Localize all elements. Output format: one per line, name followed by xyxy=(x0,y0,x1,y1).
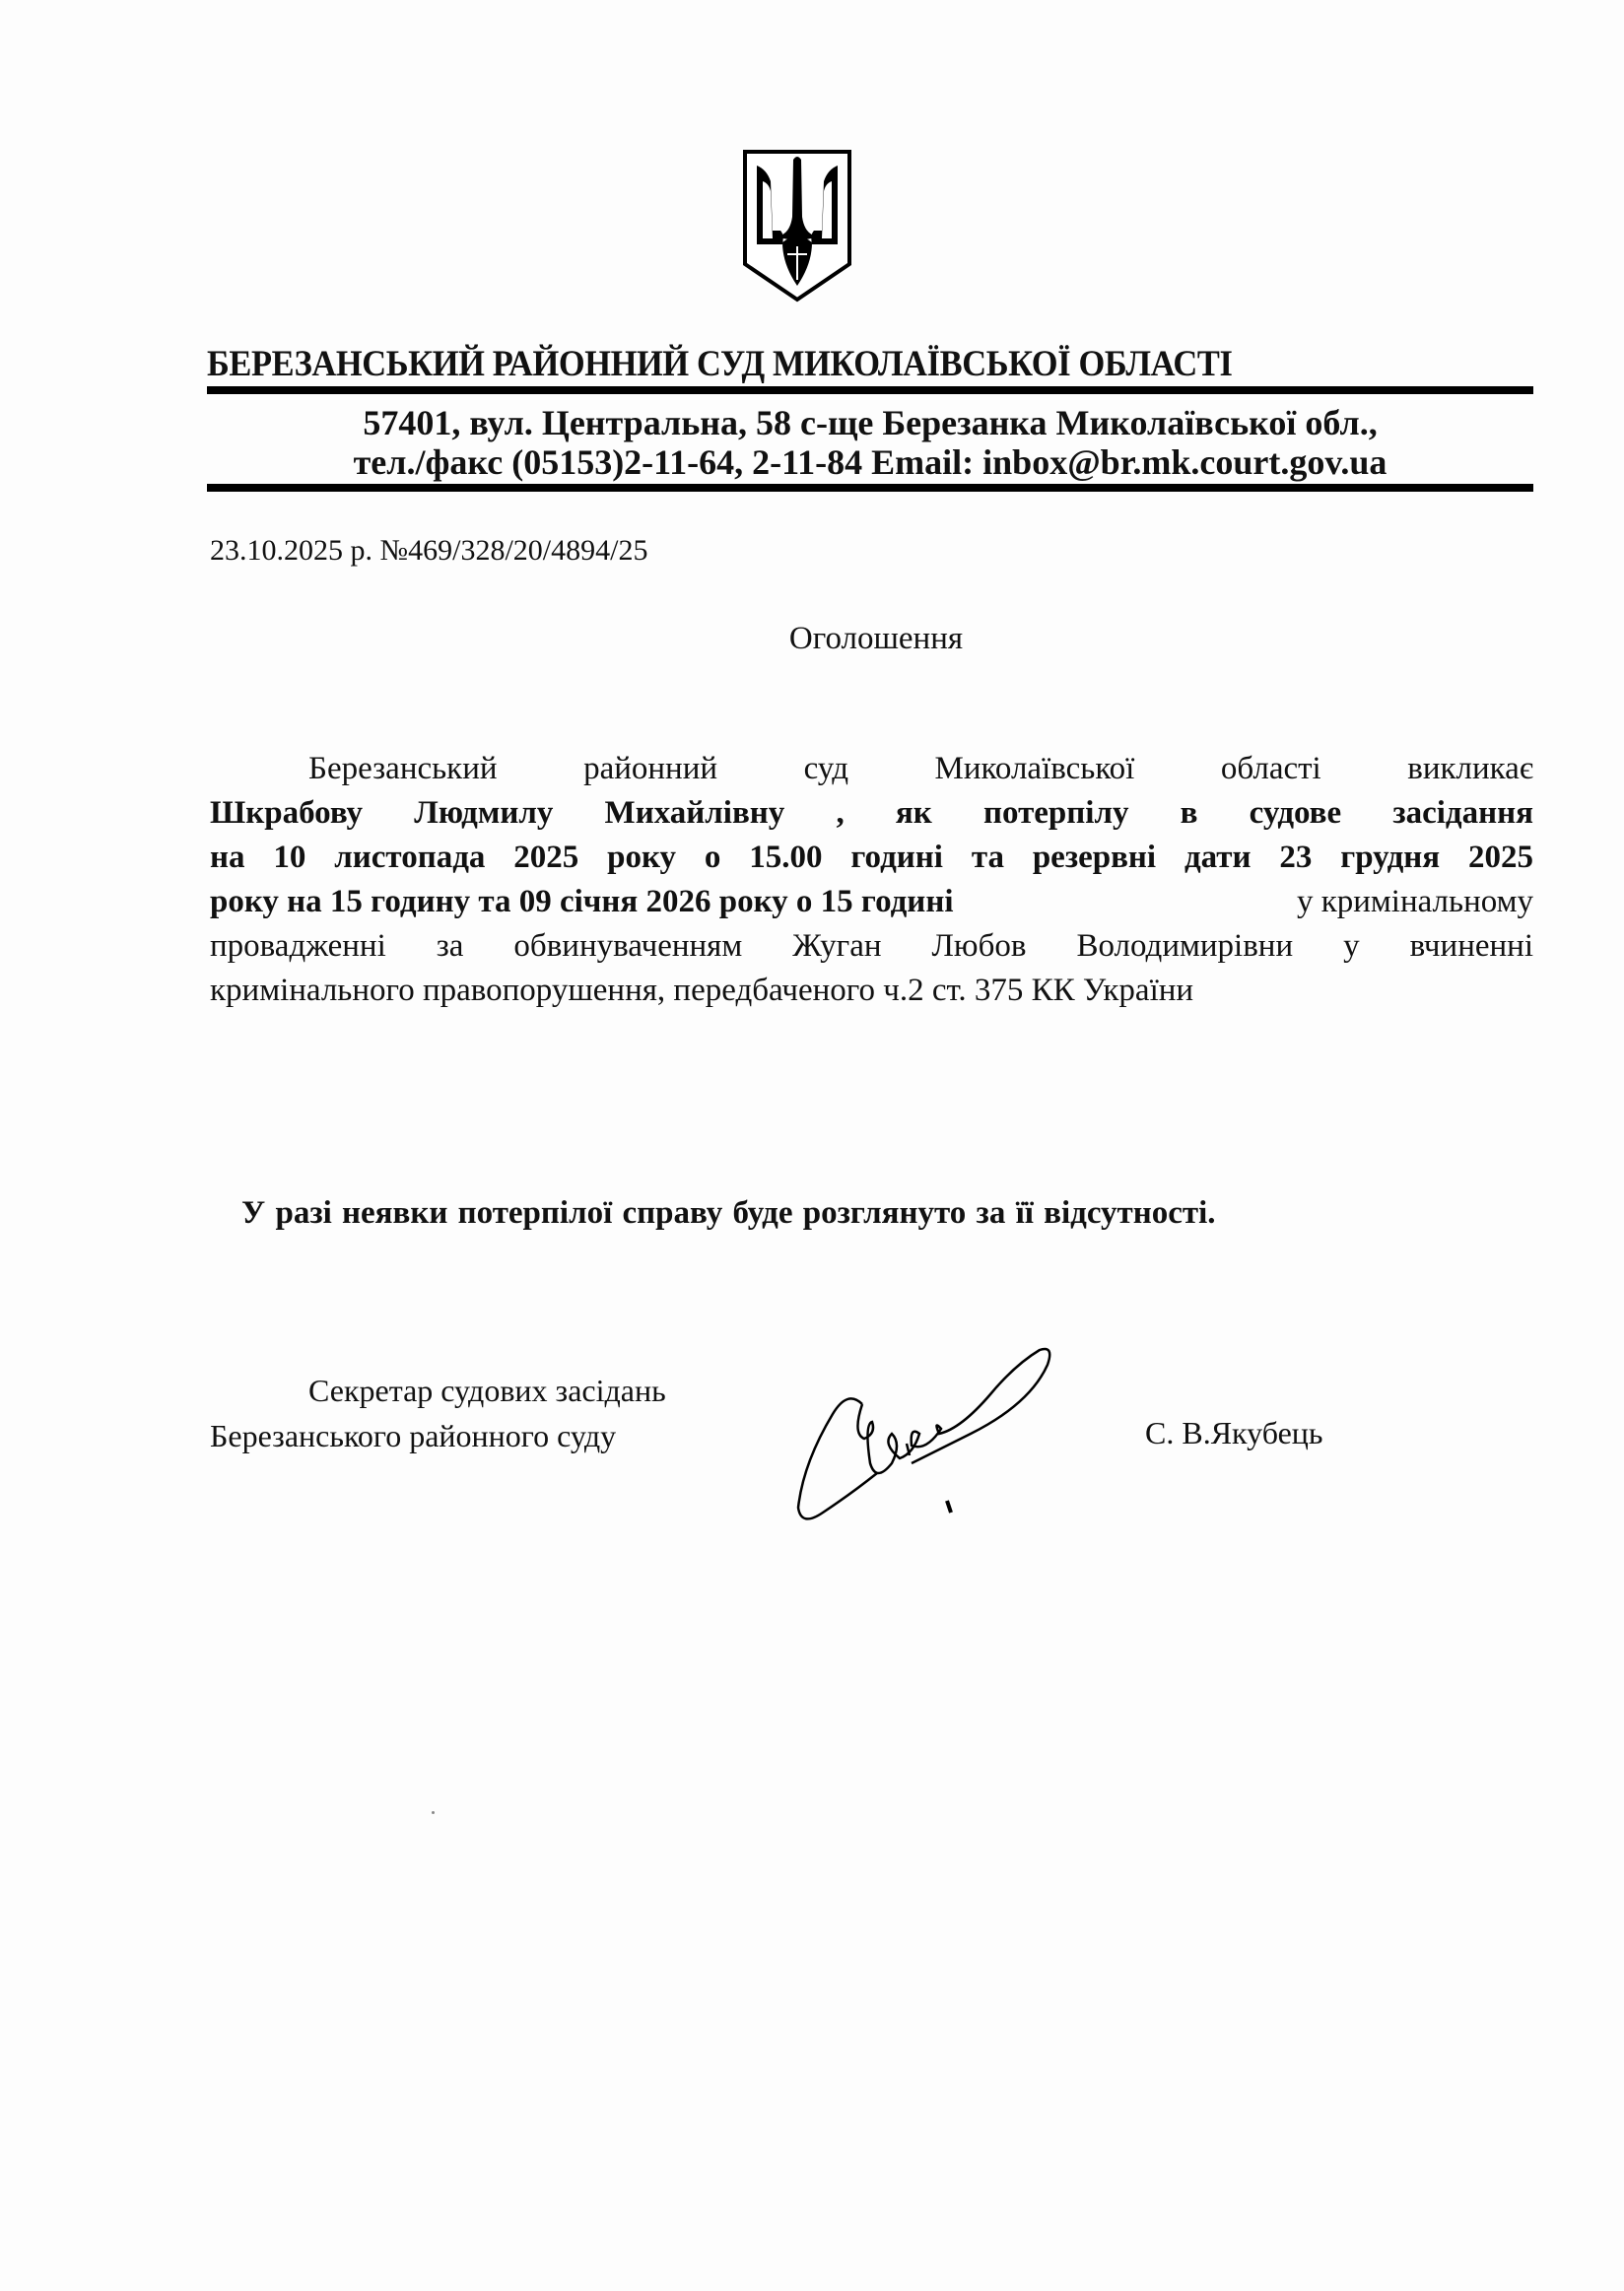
header-divider-bottom xyxy=(207,484,1533,492)
trident-coat-of-arms-icon xyxy=(741,148,853,303)
document-date: 23.10.2025 р. xyxy=(210,534,372,567)
document-number: 469/328/20/4894/25 xyxy=(408,534,647,567)
absence-warning: У разі неявки потерпілої справу буде роз… xyxy=(241,1195,1216,1232)
body-line-2: Шкрабову Людмилу Михайлівну , як потерпі… xyxy=(210,791,1533,836)
document-reference: 23.10.2025 р. №469/328/20/4894/25 xyxy=(210,534,647,568)
body-line-4: року на 15 годину та 09 січня 2026 року … xyxy=(210,880,1533,924)
body-line-4-regular: у кримінальному xyxy=(1297,880,1533,924)
number-sign: № xyxy=(380,534,409,567)
position-line-1: Секретар судових засідань xyxy=(210,1368,666,1413)
handwritten-signature xyxy=(793,1335,1089,1532)
document-title: Оголошення xyxy=(0,621,1624,657)
scan-speck xyxy=(432,1811,435,1814)
body-line-4-bold: року на 15 годину та 09 січня 2026 року … xyxy=(210,880,954,924)
position-line-2: Березанського районного суду xyxy=(210,1418,616,1453)
court-name-heading: БЕРЕЗАНСЬКИЙ РАЙОННИЙ СУД МИКОЛАЇВСЬКОЇ … xyxy=(207,343,1362,385)
body-line-5: провадженні за обвинуваченням Жуган Любо… xyxy=(210,924,1533,969)
body-line-1: Березанський районний суд Миколаївської … xyxy=(210,747,1533,791)
body-line-3: на 10 листопада 2025 року о 15.00 годині… xyxy=(210,836,1533,880)
court-contacts: тел./факс (05153)2-11-64, 2-11-84 Email:… xyxy=(207,441,1533,483)
signer-name: С. В.Якубець xyxy=(1145,1415,1322,1451)
body-line-6: кримінального правопорушення, передбачен… xyxy=(210,969,1533,1013)
signatory-position: Секретар судових засідань Березанського … xyxy=(210,1368,666,1458)
court-address: 57401, вул. Центральна, 58 с-ще Березанк… xyxy=(207,402,1533,443)
header-divider-top xyxy=(207,386,1533,394)
announcement-body: Березанський районний суд Миколаївської … xyxy=(210,747,1533,1013)
document-page: БЕРЕЗАНСЬКИЙ РАЙОННИЙ СУД МИКОЛАЇВСЬКОЇ … xyxy=(0,0,1624,2291)
